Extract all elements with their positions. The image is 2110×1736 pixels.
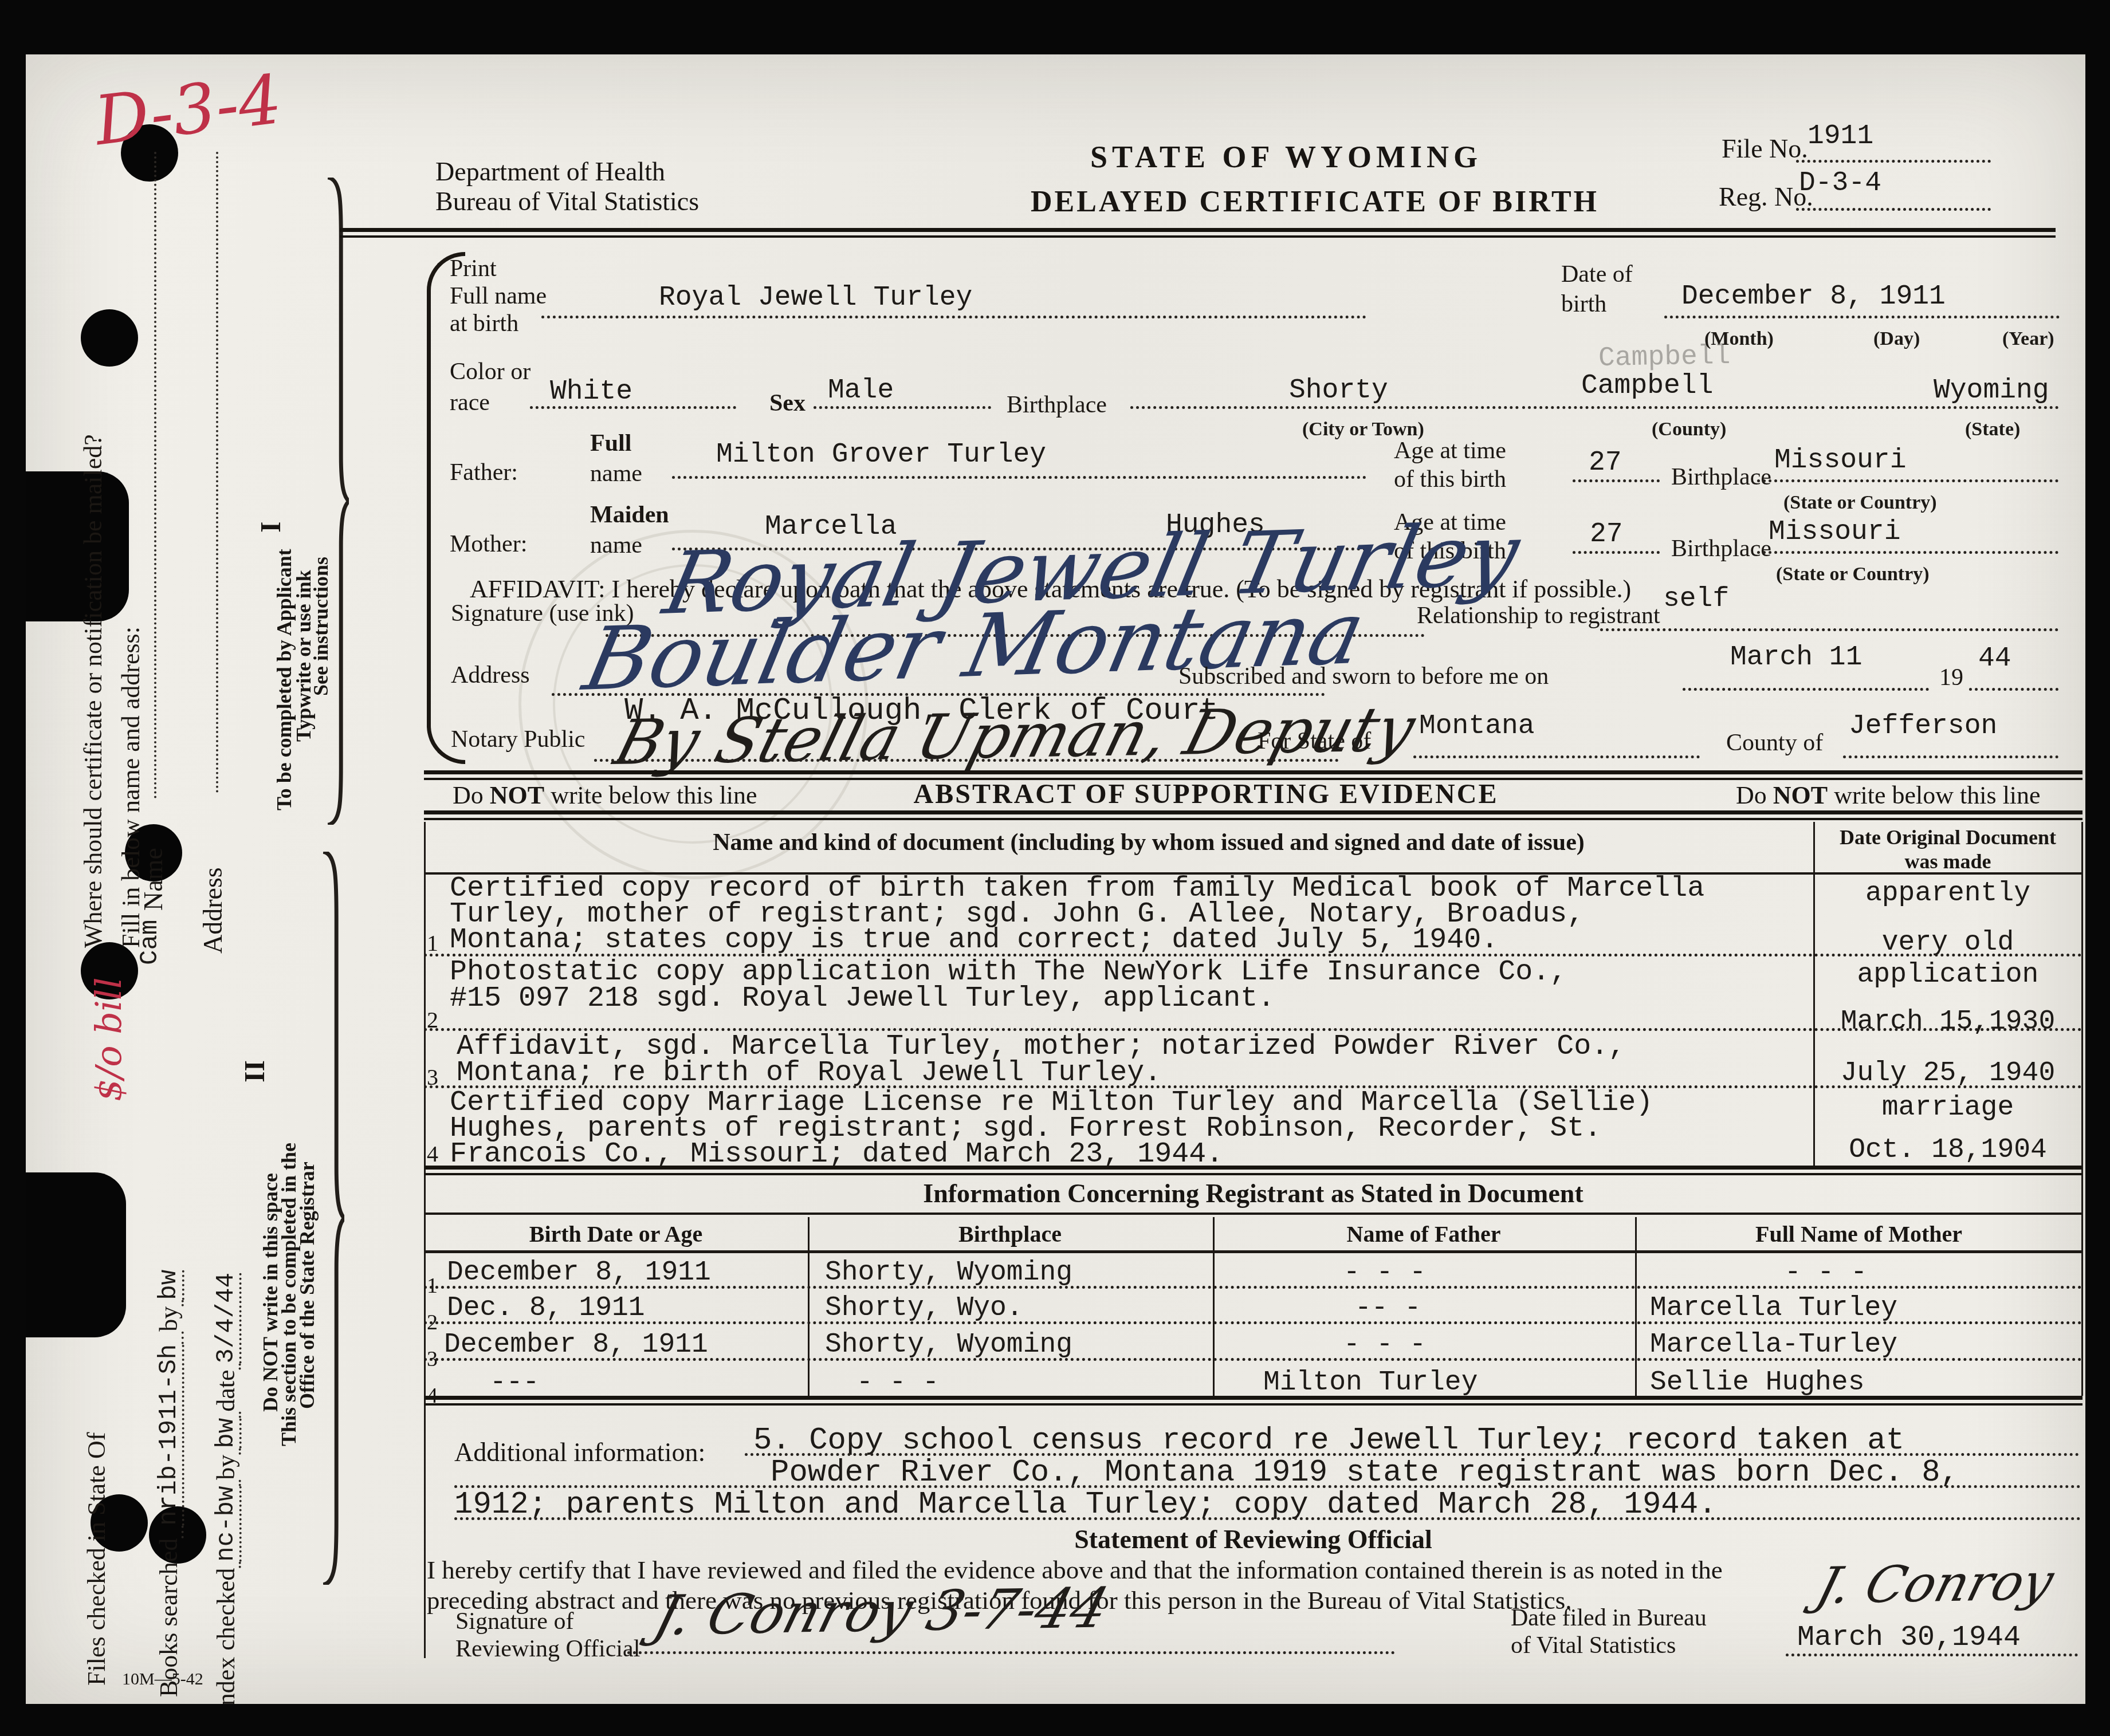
state-sublabel: (State) — [1965, 419, 2020, 440]
registrant-row-birth: Dec. 8, 1911 — [447, 1293, 645, 1324]
notary-label: Notary Public — [451, 726, 585, 753]
abstract-row-text: Affidavit, sgd. Marcella Turley, mother;… — [457, 1034, 1625, 1087]
county-sublabel: (County) — [1652, 419, 1726, 440]
sidebar-address-line — [216, 152, 218, 793]
additional-info-label: Additional information: — [454, 1437, 705, 1467]
reviewing-title: Statement of Reviewing Official — [424, 1524, 2083, 1554]
abstract-row-date-top: application — [1822, 959, 2074, 990]
bureau-name: Bureau of Vital Statistics — [435, 186, 699, 216]
index-date-label: date — [212, 1370, 240, 1412]
color-label-1: Color or — [450, 358, 531, 385]
date-filed-line — [1786, 1654, 2078, 1656]
registrant-row-birth: December 8, 1911 — [444, 1329, 708, 1360]
registrant-row-mother: Marcella Turley — [1650, 1293, 1897, 1324]
do-not-right-pre: Do — [1736, 781, 1767, 809]
year-printed: 19 — [1939, 664, 1963, 691]
mother-age-line — [1573, 551, 1660, 554]
edge-notch — [26, 471, 129, 621]
scanned-document: D-3-4 $/o bill Where should certificate … — [0, 0, 2110, 1736]
registrant-header-birth: Birth Date or Age — [427, 1221, 805, 1247]
father-age-value: 27 — [1589, 447, 1622, 478]
state-line — [1829, 406, 2058, 409]
registrant-row-birthplace: Shorty, Wyo. — [825, 1293, 1023, 1324]
father-state-country-sublabel: (State or Country) — [1783, 492, 1937, 514]
registrant-row-birthplace: Shorty, Wyoming — [825, 1257, 1072, 1288]
index-by-label: by — [212, 1455, 240, 1480]
dob-label-1: Date of — [1561, 261, 1633, 288]
registrant-row-birth: --- — [490, 1367, 539, 1398]
sidebar-name-line — [154, 152, 156, 799]
relationship-line — [1600, 628, 2058, 631]
abstract-row-text: Certified copy Marriage License re Milto… — [450, 1090, 1653, 1167]
registrant-header-mother: Full Name of Mother — [1637, 1221, 2081, 1247]
registrant-row-mother: - - - — [1785, 1257, 1867, 1288]
mother-birthplace-line — [1757, 551, 2058, 554]
registrant-col-divider — [808, 1217, 810, 1396]
registrant-row-separator — [424, 1358, 2083, 1361]
file-no-label: File No. — [1722, 133, 1808, 164]
do-not-right-post: write below this line — [1834, 781, 2041, 809]
registrant-row-father: Milton Turley — [1263, 1367, 1478, 1398]
county-ghost-value: Campbell — [1598, 341, 1731, 374]
file-no-value: 1911 — [1808, 121, 1873, 152]
do-not-left-bold: NOT — [490, 781, 544, 809]
fullname-value: Royal Jewell Turley — [659, 282, 972, 313]
reviewing-sig-label-2: Reviewing Official — [455, 1635, 640, 1663]
abstract-row-date-bottom: March 15,1930 — [1822, 1006, 2074, 1037]
books-by-label: by — [155, 1306, 183, 1332]
father-birthplace-line — [1757, 479, 2058, 482]
header-rule — [340, 228, 2056, 238]
for-state-label: For State of — [1258, 727, 1371, 755]
section1-brace-icon — [323, 178, 349, 825]
color-label-2: race — [450, 389, 490, 416]
do-not-right: Do NOT write below this line — [1736, 781, 2041, 810]
mother-maiden-label: Maiden — [590, 501, 669, 529]
county-of-value: Jefferson — [1849, 711, 1997, 742]
file-no-line — [1796, 160, 1991, 163]
abstract-row-date-bottom: July 25, 1940 — [1822, 1058, 2074, 1089]
filed-signature: J. Conroy — [1810, 1552, 2060, 1615]
abstract-right-border — [2081, 822, 2083, 1396]
books-by-value: bw — [155, 1270, 183, 1300]
date-filed-label-2: of Vital Statistics — [1511, 1632, 1676, 1659]
father-line — [672, 476, 1366, 479]
reg-no-line — [1796, 208, 1991, 211]
sidebar-books-searched: Books searched nrib-1911-Sh by bw — [154, 855, 183, 1697]
mother-name-label: name — [590, 532, 642, 559]
dob-label-2: birth — [1561, 290, 1606, 318]
registrant-col-divider — [1635, 1217, 1637, 1396]
index-date-value: 3/4/44 — [212, 1273, 241, 1363]
registrant-rule-top — [424, 1166, 2083, 1175]
registrant-rule-bottom — [424, 1396, 2083, 1406]
registrant-col-divider — [1213, 1217, 1215, 1396]
dob-value: December 8, 1911 — [1681, 281, 1946, 312]
registrant-row-father: - - - — [1343, 1257, 1426, 1288]
red-reg-annotation: D-3-4 — [91, 60, 286, 161]
year-value: 44 — [1978, 643, 2011, 674]
index-label: Index checked — [212, 1568, 240, 1704]
sidebar-mail-question: Where should certificate or notification… — [78, 146, 108, 948]
state-value: Wyoming — [1934, 375, 2049, 406]
books-value: nrib-1911-Sh — [155, 1344, 183, 1526]
abstract-row-num: 1 — [427, 930, 438, 956]
county-value: Campbell — [1581, 371, 1713, 401]
reviewing-sig-line — [627, 1651, 1395, 1654]
mother-birthplace-value: Missouri — [1769, 517, 1900, 548]
mother-label: Mother: — [450, 530, 527, 558]
address-label: Address — [451, 662, 530, 689]
sworn-date-value: March 11 — [1730, 642, 1862, 673]
date-filed-label-1: Date filed in Bureau — [1511, 1604, 1707, 1632]
abstract-row-text: Certified copy record of birth taken fro… — [450, 876, 1704, 953]
sex-line — [814, 406, 991, 409]
registrant-row-separator — [424, 1286, 2083, 1289]
sidebar-files-checked: Files checked in State Of — [82, 855, 111, 1686]
registrant-row-birthplace: Shorty, Wyoming — [825, 1329, 1072, 1360]
sex-value: Male — [828, 375, 894, 406]
registrant-title-underline — [424, 1213, 2083, 1215]
county-of-line — [1843, 755, 2058, 758]
registrant-row-mother: Marcella-Turley — [1650, 1329, 1897, 1360]
dob-line — [1664, 316, 2060, 318]
do-not-left-pre: Do — [453, 781, 484, 809]
county-line — [1522, 406, 1825, 409]
sworn-date-line — [1683, 688, 1929, 691]
mother-age-value: 27 — [1590, 519, 1623, 550]
registrant-row-mother: Sellie Hughes — [1650, 1367, 1864, 1398]
father-value: Milton Grover Turley — [716, 439, 1046, 470]
for-state-value: Montana — [1419, 711, 1535, 742]
registrant-title: Information Concerning Registrant as Sta… — [424, 1178, 2083, 1208]
father-label: Father: — [450, 459, 518, 486]
abstract-col1-header: Name and kind of document (including by … — [501, 829, 1796, 856]
relationship-label: Relationship to registrant — [1417, 602, 1660, 629]
father-age-line — [1573, 479, 1660, 482]
mother-birthplace-label: Birthplace — [1671, 535, 1771, 562]
abstract-row-date-top: marriage — [1822, 1092, 2074, 1123]
abstract-row-date-top: apparently — [1822, 878, 2074, 909]
abstract-title: ABSTRACT OF SUPPORTING EVIDENCE — [891, 778, 1521, 810]
do-not-right-bold: NOT — [1773, 781, 1828, 809]
abstract-col2-header: Date Original Document was made — [1819, 825, 2077, 873]
for-state-line — [1413, 755, 1700, 758]
reviewing-sig-label-1: Signature of — [455, 1608, 573, 1635]
registrant-row-father: - - - — [1343, 1329, 1426, 1360]
birthplace-label: Birthplace — [1007, 391, 1107, 419]
additional-rule-3 — [454, 1517, 2081, 1520]
sworn-label: Subscribed and sworn to before me on — [1178, 663, 1549, 690]
reg-no-value: D-3-4 — [1799, 168, 1881, 199]
reviewing-official-signature: J. Conroy 3-7-44 — [647, 1576, 1115, 1648]
father-age-label-2: of this birth — [1394, 466, 1506, 493]
father-age-label-1: Age at time — [1394, 437, 1506, 464]
fullname-label-2: at birth — [450, 310, 518, 337]
sidebar-section2-line3: Office of the State Registrar — [295, 951, 319, 1409]
abstract-row-text: Photostatic copy application with The Ne… — [450, 959, 1567, 1012]
fullname-label-1: Full name — [450, 282, 547, 310]
father-name-label: name — [590, 460, 642, 487]
father-full-label: Full — [590, 430, 631, 457]
index-value: nc-bw — [212, 1486, 241, 1562]
county-of-label: County of — [1726, 729, 1823, 757]
father-birthplace-label: Birthplace — [1671, 463, 1771, 491]
relationship-value: self — [1663, 584, 1729, 615]
day-sublabel: (Day) — [1873, 328, 1920, 350]
father-birthplace-value: Missouri — [1774, 445, 1906, 476]
registrant-header-birthplace: Birthplace — [810, 1221, 1211, 1247]
do-not-left: Do NOT write below this line — [453, 781, 757, 810]
section2-brace-icon — [318, 852, 344, 1585]
do-not-left-post: write below this line — [551, 781, 757, 809]
color-value: White — [550, 376, 632, 407]
fullname-line — [541, 316, 1366, 318]
abstract-row-date-bottom: Oct. 18,1904 — [1822, 1135, 2074, 1166]
sidebar-index-checked: Index checked nc-bw by bw date 3/4/44 — [211, 855, 241, 1704]
index-by-value: bw — [212, 1418, 241, 1448]
registrant-row-birthplace: - - - — [856, 1367, 939, 1398]
certificate-title: DELAYED CERTIFICATE OF BIRTH — [942, 185, 1687, 219]
year-sublabel: (Year) — [2002, 328, 2054, 350]
certificate-paper: D-3-4 $/o bill Where should certificate … — [26, 54, 2085, 1704]
registrant-row-separator — [424, 1321, 2083, 1324]
abstract-row-num: 4 — [427, 1140, 438, 1167]
city-line — [1130, 406, 1519, 409]
sex-label: Sex — [769, 389, 806, 417]
date-filed-value: March 30,1944 — [1797, 1621, 2021, 1654]
notary-line — [594, 759, 1339, 762]
year-line — [1969, 688, 2058, 691]
city-value: Shorty — [1289, 375, 1388, 406]
registrant-header-underline — [424, 1250, 2083, 1253]
print-label: Print — [450, 255, 497, 282]
state-title: STATE OF WYOMING — [942, 139, 1630, 175]
department-name: Department of Health — [435, 156, 665, 187]
registrant-row-father: -- - — [1355, 1293, 1421, 1324]
color-line — [530, 406, 736, 409]
form-print-code: 10M—5-42 — [122, 1670, 203, 1689]
registrant-row-birth: December 8, 1911 — [447, 1257, 711, 1288]
registrant-header-father: Name of Father — [1215, 1221, 1633, 1247]
band-rule-bottom — [424, 810, 2083, 820]
